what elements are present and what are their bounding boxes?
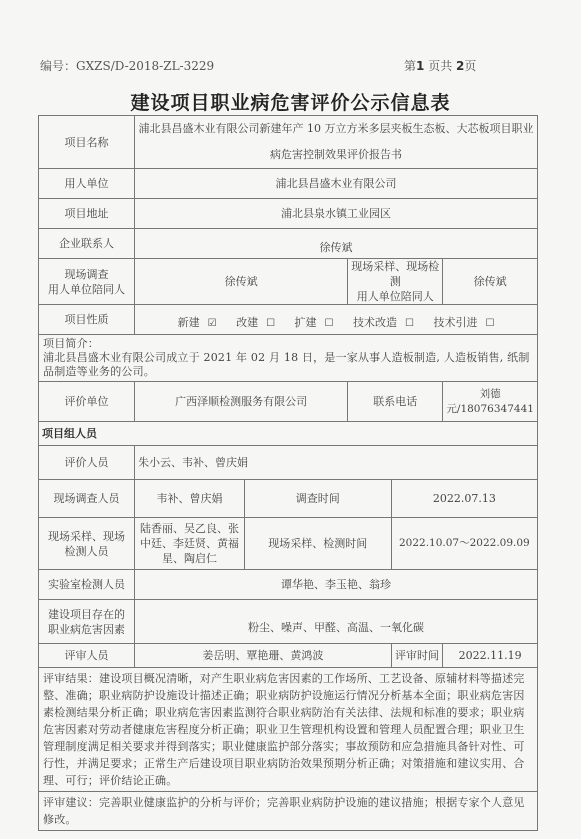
- survey-escort-value: 徐传斌: [135, 259, 348, 305]
- address-value: 浦北县泉水镇工业园区: [135, 199, 538, 229]
- survey-time-label: 调查时间: [244, 480, 391, 518]
- project-name-line-2: 病危害控制效果评价报告书: [138, 142, 534, 168]
- phone-value: 刘德元/18076347441: [443, 382, 538, 422]
- samplers-label: 现场采样、现场检测人员: [39, 518, 135, 570]
- row-team-header: 项目组人员: [39, 422, 538, 446]
- project-name-value: 浦北县昌盛木业有限公司新建年产 10 万立方米多层夹板生态板、大芯板项目职业 病…: [135, 116, 538, 169]
- project-name-line-1: 浦北县昌盛木业有限公司新建年产 10 万立方米多层夹板生态板、大芯板项目职业: [138, 116, 534, 142]
- surveyors-label: 现场调查人员: [39, 480, 135, 518]
- project-intro-label: 项目简介：: [43, 337, 533, 351]
- document-number-value: GXZS/D-2018-ZL-3229: [76, 59, 214, 73]
- samplers-value: 陆香丽、吴乙良、张中廷、李廷贤、黄福星、陶启仁: [135, 518, 245, 570]
- page-middle: 页共: [424, 59, 456, 73]
- sampling-escort-value: 徐传斌: [443, 259, 538, 305]
- row-project-nature: 项目性质 新建☑ 改建☐ 扩建☐ 技术改造☐ 技术引进☐: [39, 305, 538, 335]
- employer-label: 用人单位: [39, 169, 135, 199]
- row-intro: 项目简介： 浦北县昌盛木业有限公司成立于 2021 年 02 月 18 日，是一…: [39, 335, 538, 382]
- nature-option-label: 新建: [178, 316, 200, 329]
- nature-option-label: 技术改造: [353, 316, 397, 329]
- project-intro: 项目简介： 浦北县昌盛木业有限公司成立于 2021 年 02 月 18 日，是一…: [39, 335, 538, 382]
- survey-escort-label-line-2: 用人单位陪同人: [42, 282, 131, 297]
- row-employer: 用人单位 浦北县昌盛木业有限公司: [39, 169, 538, 199]
- row-address: 项目地址 浦北县泉水镇工业园区: [39, 199, 538, 229]
- row-review-result: 评审结果：建设项目概况清晰，对产生职业病危害因素的工作场所、工艺设备、原辅材料等…: [39, 668, 538, 792]
- evaluation-unit-value: 广西泽顺检测服务有限公司: [135, 382, 348, 422]
- review-suggestion: 评审建议：完善职业健康监护的分析与评价；完善职业病防护设施的建议措施；根据专家个…: [39, 792, 538, 831]
- nature-option-label: 扩建: [295, 316, 317, 329]
- review-result: 评审结果：建设项目概况清晰，对产生职业病危害因素的工作场所、工艺设备、原辅材料等…: [39, 668, 538, 792]
- sampling-time-label: 现场采样、检测时间: [244, 518, 391, 570]
- checkbox-empty-icon[interactable]: ☐: [325, 318, 334, 329]
- survey-escort-label: 现场调查 用人单位陪同人: [39, 259, 135, 305]
- nature-option-label: 技术引进: [433, 316, 477, 329]
- page-title: 建设项目职业病危害评价公示信息表: [0, 88, 581, 115]
- contact-value: 徐传斌: [135, 229, 538, 259]
- nature-option-label: 改建: [236, 316, 258, 329]
- checkbox-empty-icon[interactable]: ☐: [485, 318, 494, 329]
- checkbox-empty-icon[interactable]: ☐: [405, 318, 414, 329]
- surveyors-value: 韦补、曾庆娟: [135, 480, 245, 518]
- page-suffix: 页: [464, 59, 476, 73]
- project-name-label: 项目名称: [39, 116, 135, 169]
- project-nature-label: 项目性质: [39, 305, 135, 335]
- survey-time-value: 2022.07.13: [391, 480, 537, 518]
- row-evaluation-unit: 评价单位 广西泽顺检测服务有限公司 联系电话 刘德元/18076347441: [39, 382, 538, 422]
- lab-value: 谭华艳、李玉艳、翁珍: [135, 570, 538, 600]
- reviewers-label: 评审人员: [39, 644, 135, 668]
- team-header: 项目组人员: [39, 422, 538, 446]
- evaluators-label: 评价人员: [39, 446, 135, 480]
- row-contact: 企业联系人 徐传斌: [39, 229, 538, 259]
- row-surveyors: 现场调查人员 韦补、曾庆娟 调查时间 2022.07.13: [39, 480, 538, 518]
- contact-label: 企业联系人: [39, 229, 135, 259]
- row-lab: 实验室检测人员 谭华艳、李玉艳、翁珍: [39, 570, 538, 600]
- phone-label: 联系电话: [348, 382, 443, 422]
- nature-option-new[interactable]: 新建☑: [174, 316, 221, 329]
- disclosure-form-table: 项目名称 浦北县昌盛木业有限公司新建年产 10 万立方米多层夹板生态板、大芯板项…: [38, 115, 538, 831]
- checkbox-checked-icon[interactable]: ☑: [208, 318, 217, 329]
- row-evaluators: 评价人员 朱小云、韦补、曾庆娟: [39, 446, 538, 480]
- sampling-escort-label-line-1: 现场采样、现场检测: [351, 259, 439, 289]
- nature-option-expand[interactable]: 扩建☐: [291, 316, 338, 329]
- review-time-label: 评审时间: [391, 644, 443, 668]
- hazards-value: 粉尘、噪声、甲醛、高温、一氧化碳: [135, 600, 538, 644]
- review-time-value: 2022.11.19: [443, 644, 538, 668]
- nature-option-tech-import[interactable]: 技术引进☐: [429, 316, 498, 329]
- row-review-suggestion: 评审建议：完善职业健康监护的分析与评价；完善职业病防护设施的建议措施；根据专家个…: [39, 792, 538, 831]
- hazards-label: 建设项目存在的职业病危害因素: [39, 600, 135, 644]
- reviewers-value: 姜岳明、覃艳珊、黄鸿波: [135, 644, 392, 668]
- project-nature-options: 新建☑ 改建☐ 扩建☐ 技术改造☐ 技术引进☐: [135, 305, 538, 335]
- row-escorts: 现场调查 用人单位陪同人 徐传斌 现场采样、现场检测 用人单位陪同人 徐传斌: [39, 259, 538, 305]
- sampling-escort-label: 现场采样、现场检测 用人单位陪同人: [348, 259, 443, 305]
- row-hazards: 建设项目存在的职业病危害因素 粉尘、噪声、甲醛、高温、一氧化碳: [39, 600, 538, 644]
- project-intro-text: 浦北县昌盛木业有限公司成立于 2021 年 02 月 18 日，是一家从事人造板…: [43, 351, 533, 379]
- employer-value: 浦北县昌盛木业有限公司: [135, 169, 538, 199]
- sampling-time-value: 2022.10.07～2022.09.09: [391, 518, 537, 570]
- lab-label: 实验室检测人员: [39, 570, 135, 600]
- row-samplers: 现场采样、现场检测人员 陆香丽、吴乙良、张中廷、李廷贤、黄福星、陶启仁 现场采样…: [39, 518, 538, 570]
- page-info: 第1 页共 2页: [404, 57, 476, 74]
- evaluators-value: 朱小云、韦补、曾庆娟: [135, 446, 538, 480]
- page-prefix: 第: [404, 59, 416, 73]
- document-number: 编号：GXZS/D-2018-ZL-3229: [40, 57, 214, 74]
- nature-option-tech-transform[interactable]: 技术改造☐: [349, 316, 418, 329]
- document-number-label: 编号：: [40, 59, 76, 73]
- checkbox-empty-icon[interactable]: ☐: [266, 318, 275, 329]
- sampling-escort-label-line-2: 用人单位陪同人: [351, 289, 439, 304]
- survey-escort-label-line-1: 现场调查: [42, 267, 131, 282]
- row-project-name: 项目名称 浦北县昌盛木业有限公司新建年产 10 万立方米多层夹板生态板、大芯板项…: [39, 116, 538, 169]
- nature-option-renovate[interactable]: 改建☐: [232, 316, 279, 329]
- evaluation-unit-label: 评价单位: [39, 382, 135, 422]
- row-reviewers: 评审人员 姜岳明、覃艳珊、黄鸿波 评审时间 2022.11.19: [39, 644, 538, 668]
- address-label: 项目地址: [39, 199, 135, 229]
